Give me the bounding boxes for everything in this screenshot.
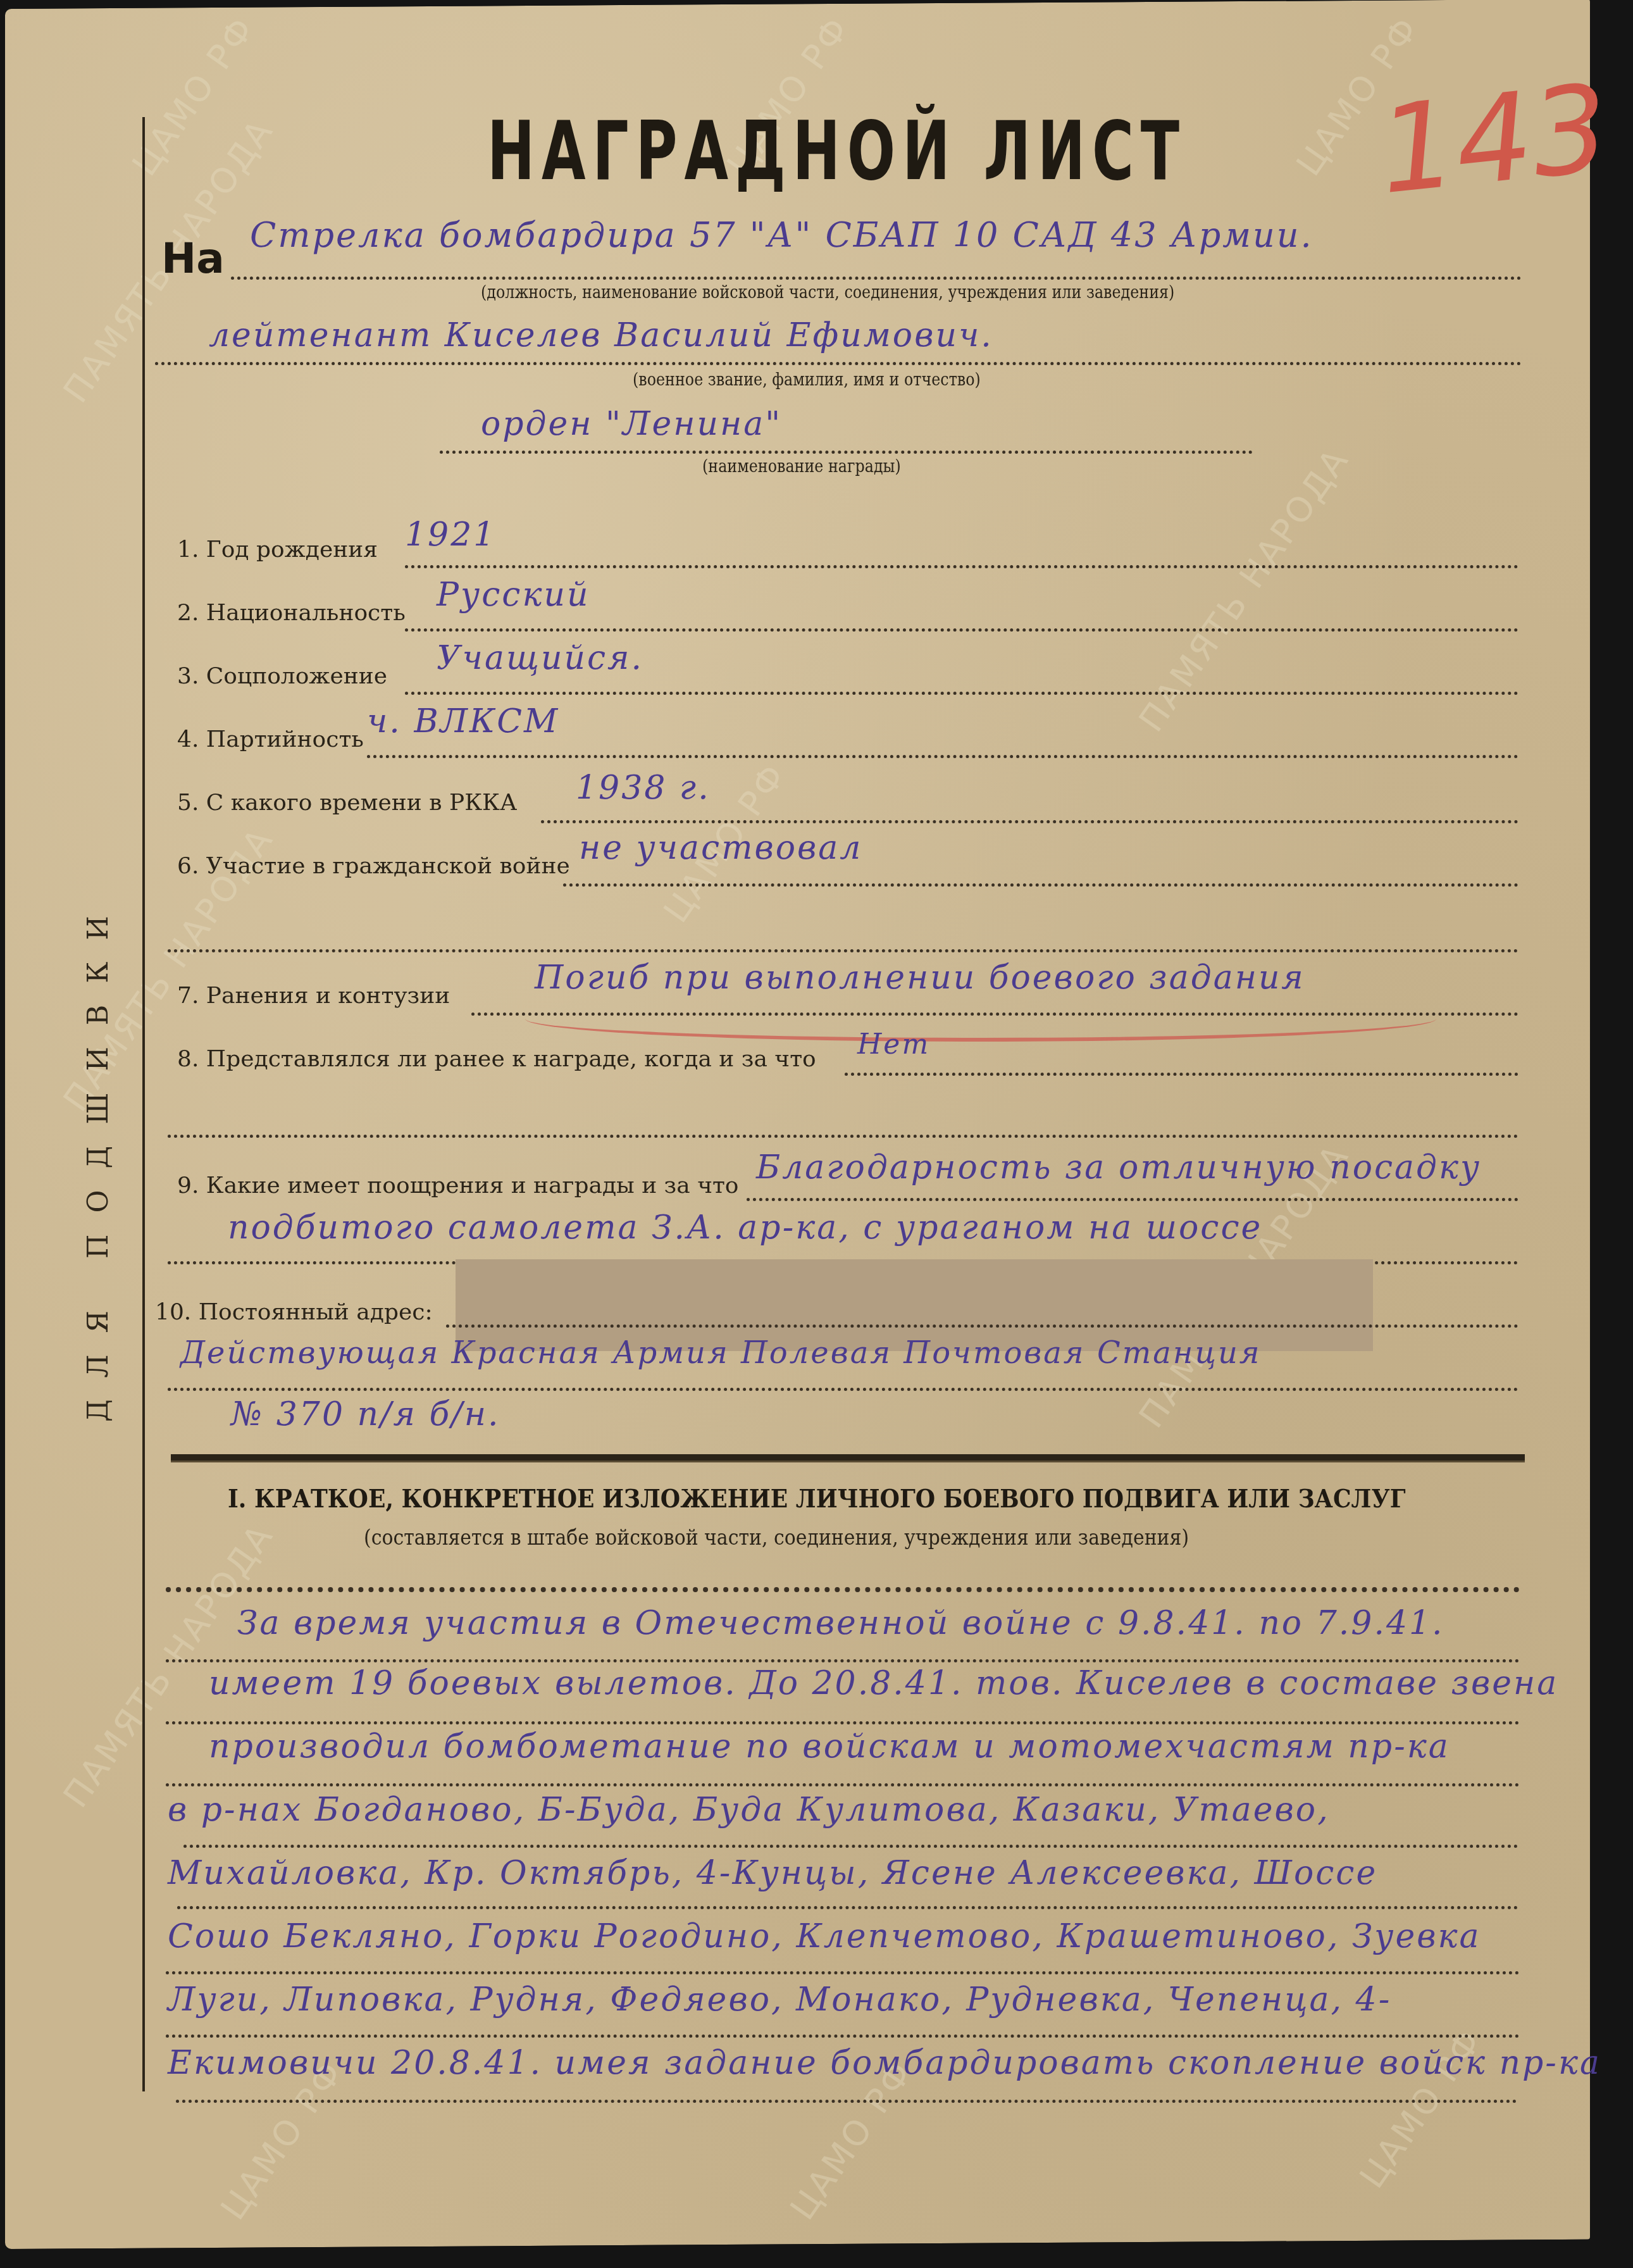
- field-line: [168, 1135, 1518, 1138]
- narrative-line-text: производил бомбометание по войскам и мот…: [209, 1728, 1450, 1766]
- award-line: [440, 451, 1253, 454]
- field-line: [845, 1073, 1518, 1076]
- narrative-line: [183, 1845, 1518, 1848]
- field-label-honors: 9. Какие имеет поощрения и награды и за …: [177, 1173, 739, 1199]
- narrative-line: [166, 1659, 1520, 1662]
- field-label-wounds: 7. Ранения и контузии: [177, 983, 450, 1009]
- field-line: [168, 1388, 1518, 1391]
- field-line: [405, 628, 1518, 632]
- narrative-line-text: Екимовичи 20.8.41. имея задание бомбарди…: [168, 2044, 1601, 2082]
- field-label-prior-awards: 8. Представлялся ли ранее к награде, ког…: [177, 1046, 816, 1072]
- field-line: [367, 755, 1518, 758]
- field-value-party: ч. ВЛКСМ: [367, 702, 559, 740]
- field-line: [541, 820, 1518, 823]
- section-divider: [171, 1454, 1525, 1462]
- name-value: лейтенант Киселев Василий Ефимович.: [209, 316, 993, 354]
- field-line: [747, 1198, 1518, 1201]
- field-value-address-line3: № 370 п/я б/н.: [231, 1395, 500, 1433]
- field-label-civil-war: 6. Участие в гражданской войне: [177, 853, 570, 879]
- field-value-nationality: Русский: [437, 576, 590, 614]
- narrative-line: [177, 1906, 1518, 1909]
- narrative-line: [166, 1783, 1520, 1786]
- field-line: [405, 565, 1518, 568]
- document-title: НАГРАДНОЙ ЛИСТ: [487, 104, 1186, 199]
- name-line: [155, 362, 1522, 365]
- award-caption: (наименование награды): [702, 456, 901, 477]
- field-line: [446, 1324, 1518, 1328]
- folio-number: 143: [1372, 58, 1615, 221]
- position-line: [231, 277, 1522, 280]
- section-subheading: (составляется в штабе войсковой части, с…: [364, 1525, 1189, 1550]
- field-label-party: 4. Партийность: [177, 726, 364, 752]
- award-value: орден "Ленина": [481, 405, 782, 443]
- section-heading: I. КРАТКОЕ, КОНКРЕТНОЕ ИЗЛОЖЕНИЕ ЛИЧНОГО…: [228, 1484, 1405, 1514]
- field-value-wounds: Погиб при выполнении боевого задания: [535, 959, 1305, 997]
- field-value-civil-war: не участвовал: [579, 829, 862, 867]
- field-value-address-line2: Действующая Красная Армия Полевая Почтов…: [180, 1335, 1262, 1371]
- field-line: [405, 692, 1518, 695]
- field-label-nationality: 2. Национальность: [177, 600, 406, 626]
- narrative-line: [176, 2100, 1517, 2103]
- field-label-address: 10. Постоянный адрес:: [155, 1299, 433, 1325]
- narrative-line-text: За время участия в Отечественной войне с…: [237, 1604, 1444, 1642]
- position-caption: (должность, наименование войсковой части…: [481, 282, 1174, 302]
- field-line: [168, 949, 1518, 952]
- na-label: На: [161, 234, 225, 283]
- field-label-rkka-since: 5. С какого времени в РККА: [177, 790, 517, 816]
- binding-margin-rule: [142, 117, 145, 2091]
- binding-margin-label: ДЛЯ ПОДШИВКИ: [82, 880, 120, 1436]
- field-value-honors-line2: подбитого самолета З.А. ар-ка, с урагано…: [228, 1209, 1262, 1247]
- field-label-social-status: 3. Соцположение: [177, 663, 387, 689]
- narrative-line: [166, 1971, 1520, 1974]
- field-value-honors: Благодарность за отличную посадку: [756, 1149, 1481, 1187]
- narrative-line-text: имеет 19 боевых вылетов. До 20.8.41. тов…: [209, 1664, 1558, 1702]
- narrative-line-text: Сошо Бекляно, Горки Рогодино, Клепчетово…: [168, 1917, 1481, 1955]
- field-label-birth-year: 1. Год рождения: [177, 537, 378, 563]
- name-caption: (военное звание, фамилия, имя и отчество…: [633, 369, 981, 390]
- field-value-birth-year: 1921: [405, 516, 496, 554]
- narrative-line-text: в р-нах Богданово, Б-Буда, Буда Кулитова…: [168, 1791, 1330, 1829]
- field-value-social-status: Учащийся.: [437, 639, 643, 677]
- position-value: Стрелка бомбардира 57 "А" СБАП 10 САД 43…: [250, 215, 1313, 255]
- narrative-line-text: Михайловка, Кр. Октябрь, 4-Кунцы, Ясене …: [168, 1854, 1377, 1892]
- field-value-prior-awards: Нет: [857, 1028, 930, 1061]
- narrative-line: [166, 1721, 1520, 1724]
- narrative-line: [166, 2034, 1520, 2038]
- narrative-line: [166, 1587, 1520, 1592]
- narrative-line-text: Луги, Липовка, Рудня, Федяево, Монако, Р…: [168, 1981, 1391, 2019]
- field-line: [563, 883, 1518, 887]
- field-value-rkka-since: 1938 г.: [576, 769, 711, 807]
- field-line: [471, 1012, 1518, 1016]
